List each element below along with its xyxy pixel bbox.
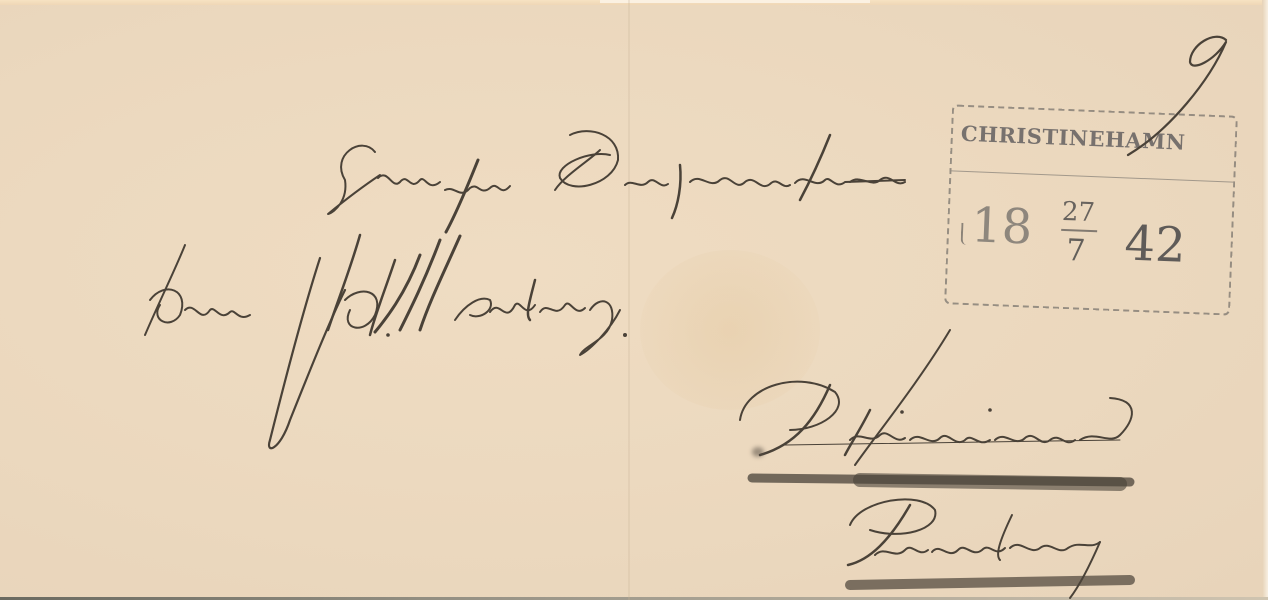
ink-smudge	[752, 447, 764, 457]
address-line-3-script	[740, 330, 1132, 465]
rate-marking-9	[1128, 37, 1226, 155]
address-line-1-script	[328, 131, 905, 232]
address-line-2-script	[145, 235, 627, 448]
letter-cover: CHRISTINEHAMN 18 27 7 42	[0, 0, 1268, 600]
address-underlines	[752, 478, 1130, 585]
handwriting-layer	[0, 0, 1268, 600]
